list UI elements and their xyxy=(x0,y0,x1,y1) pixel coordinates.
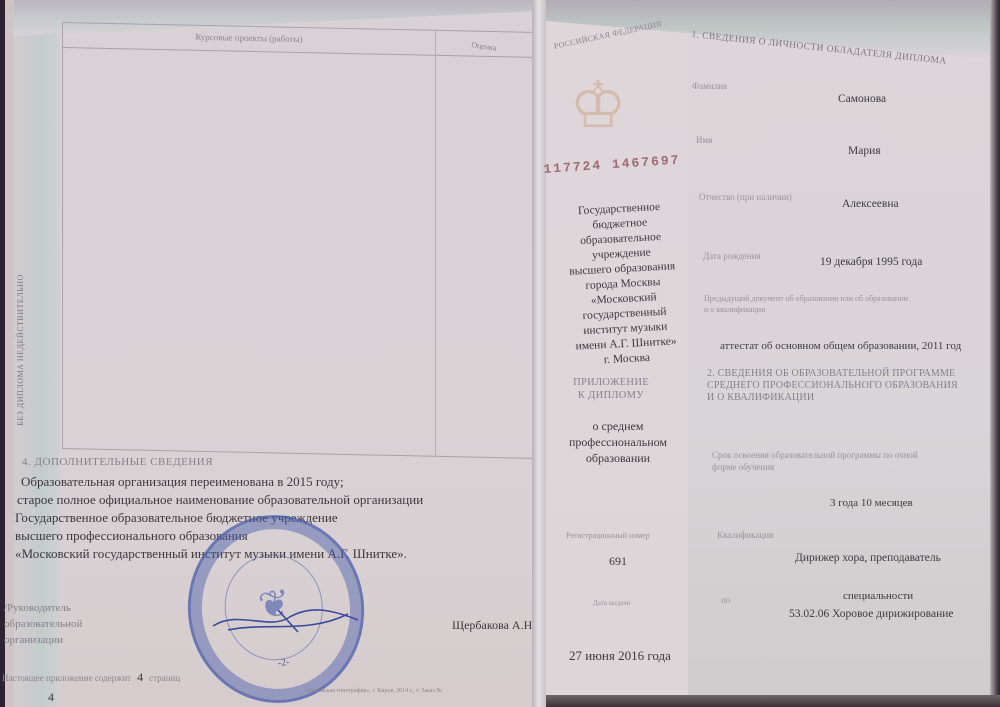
pages-count: 4 xyxy=(137,670,143,684)
patronymic-value: Алексеевна xyxy=(842,198,899,210)
patronymic-label: Отчество (при наличии) xyxy=(699,192,792,202)
specialty-value: 53.02.06 Хоровое дирижирование xyxy=(789,608,953,620)
signer-name: Щербакова А.Н xyxy=(452,618,532,633)
appendix-title-line: ПРИЛОЖЕНИЕ xyxy=(556,376,666,389)
section2-title-line: И О КВАЛИФИКАЦИИ xyxy=(707,392,997,404)
bottom-edge xyxy=(546,695,1000,707)
pages-note-suffix: страниц xyxy=(149,673,180,683)
printer-note: «Кировская типография», г. Киров, 2014 г… xyxy=(305,688,442,694)
section4-line: старое полное официальное наименование о… xyxy=(15,491,535,509)
issue-date-label: Дата выдачи xyxy=(593,599,630,607)
registration-number: 691 xyxy=(609,554,627,569)
section2-title-line: СРЕДНЕГО ПРОФЕССИОНАЛЬНОГО ОБРАЗОВАНИЯ xyxy=(707,380,997,392)
section4-title: 4. ДОПОЛНИТЕЛЬНЫЕ СВЕДЕНИЯ xyxy=(22,456,213,468)
issue-date: 27 июня 2016 года xyxy=(569,648,671,664)
first-name-label: Имя xyxy=(696,135,712,145)
header-grade: Оценка xyxy=(435,35,533,58)
prev-document-label-line2: и о квалификации xyxy=(704,305,765,314)
first-name-value: Мария xyxy=(848,145,881,157)
signature xyxy=(208,600,368,640)
last-name-value: Самонова xyxy=(838,93,886,105)
registration-number-label: Регистрационный номер xyxy=(566,531,650,540)
head-label-line: /Руководитель xyxy=(4,600,82,616)
book-gutter xyxy=(532,0,546,707)
diploma-appendix-spread: БЕЗ ДИПЛОМА НЕДЕЙСТВИТЕЛЬНО Курсовые про… xyxy=(0,0,1000,707)
last-name-label: Фамилия xyxy=(692,81,727,91)
appendix-subtitle: о среднем профессиональном образовании xyxy=(560,418,676,466)
section4-line: Образовательная организация переименован… xyxy=(15,473,535,491)
page-number: 4 xyxy=(48,690,54,705)
issuing-institution: Государственное бюджетное образовательно… xyxy=(544,198,702,371)
column-divider xyxy=(435,31,436,456)
section2-title: 2. СВЕДЕНИЯ ОБ ОБРАЗОВАТЕЛЬНОЙ ПРОГРАММЕ… xyxy=(707,368,997,404)
head-label-line: образовательной xyxy=(4,616,82,632)
appendix-subtitle-line: о среднем xyxy=(560,418,676,434)
qualification-label: Квалификация xyxy=(717,530,773,540)
pages-count-note: Настоящее приложение содержит4страниц xyxy=(2,670,180,685)
section2-title-line: 2. СВЕДЕНИЯ ОБ ОБРАЗОВАТЕЛЬНОЙ ПРОГРАММЕ xyxy=(707,368,997,380)
courses-table: Курсовые проекты (работы) Оценка xyxy=(62,22,533,459)
specialty-label: специальности xyxy=(843,590,913,602)
prev-document-value: аттестат об основном общем образовании, … xyxy=(720,340,961,352)
birth-date-label: Дата рождения xyxy=(703,251,761,261)
coat-of-arms-icon: ♔ xyxy=(562,58,634,154)
prev-document-label: Предыдущий документ об образовании или о… xyxy=(704,294,908,303)
right-page-edge xyxy=(990,0,1000,707)
duration-label: Срок освоения образовательной программы … xyxy=(712,450,918,460)
duration-label-line2: форме обучения xyxy=(712,462,774,472)
appendix-title: ПРИЛОЖЕНИЕ К ДИПЛОМУ xyxy=(556,376,666,402)
header-course-projects: Курсовые проекты (работы) xyxy=(63,29,435,47)
birth-date-value: 19 декабря 1995 года xyxy=(820,256,922,268)
appendix-subtitle-line: профессиональном xyxy=(560,434,676,450)
appendix-subtitle-line: образовании xyxy=(560,450,676,466)
appendix-title-line: К ДИПЛОМУ xyxy=(556,389,666,402)
qualification-value: Дирижер хора, преподаватель xyxy=(795,552,941,564)
head-of-organization-label: /Руководитель образовательной организаци… xyxy=(4,600,82,648)
pages-note-prefix: Настоящее приложение содержит xyxy=(2,673,131,683)
duration-value: 3 года 10 месяцев xyxy=(830,497,913,509)
specialty-prefix: по xyxy=(721,595,730,605)
side-vertical-text: БЕЗ ДИПЛОМА НЕДЕЙСТВИТЕЛЬНО xyxy=(16,240,34,460)
head-label-line: организации xyxy=(4,632,82,648)
